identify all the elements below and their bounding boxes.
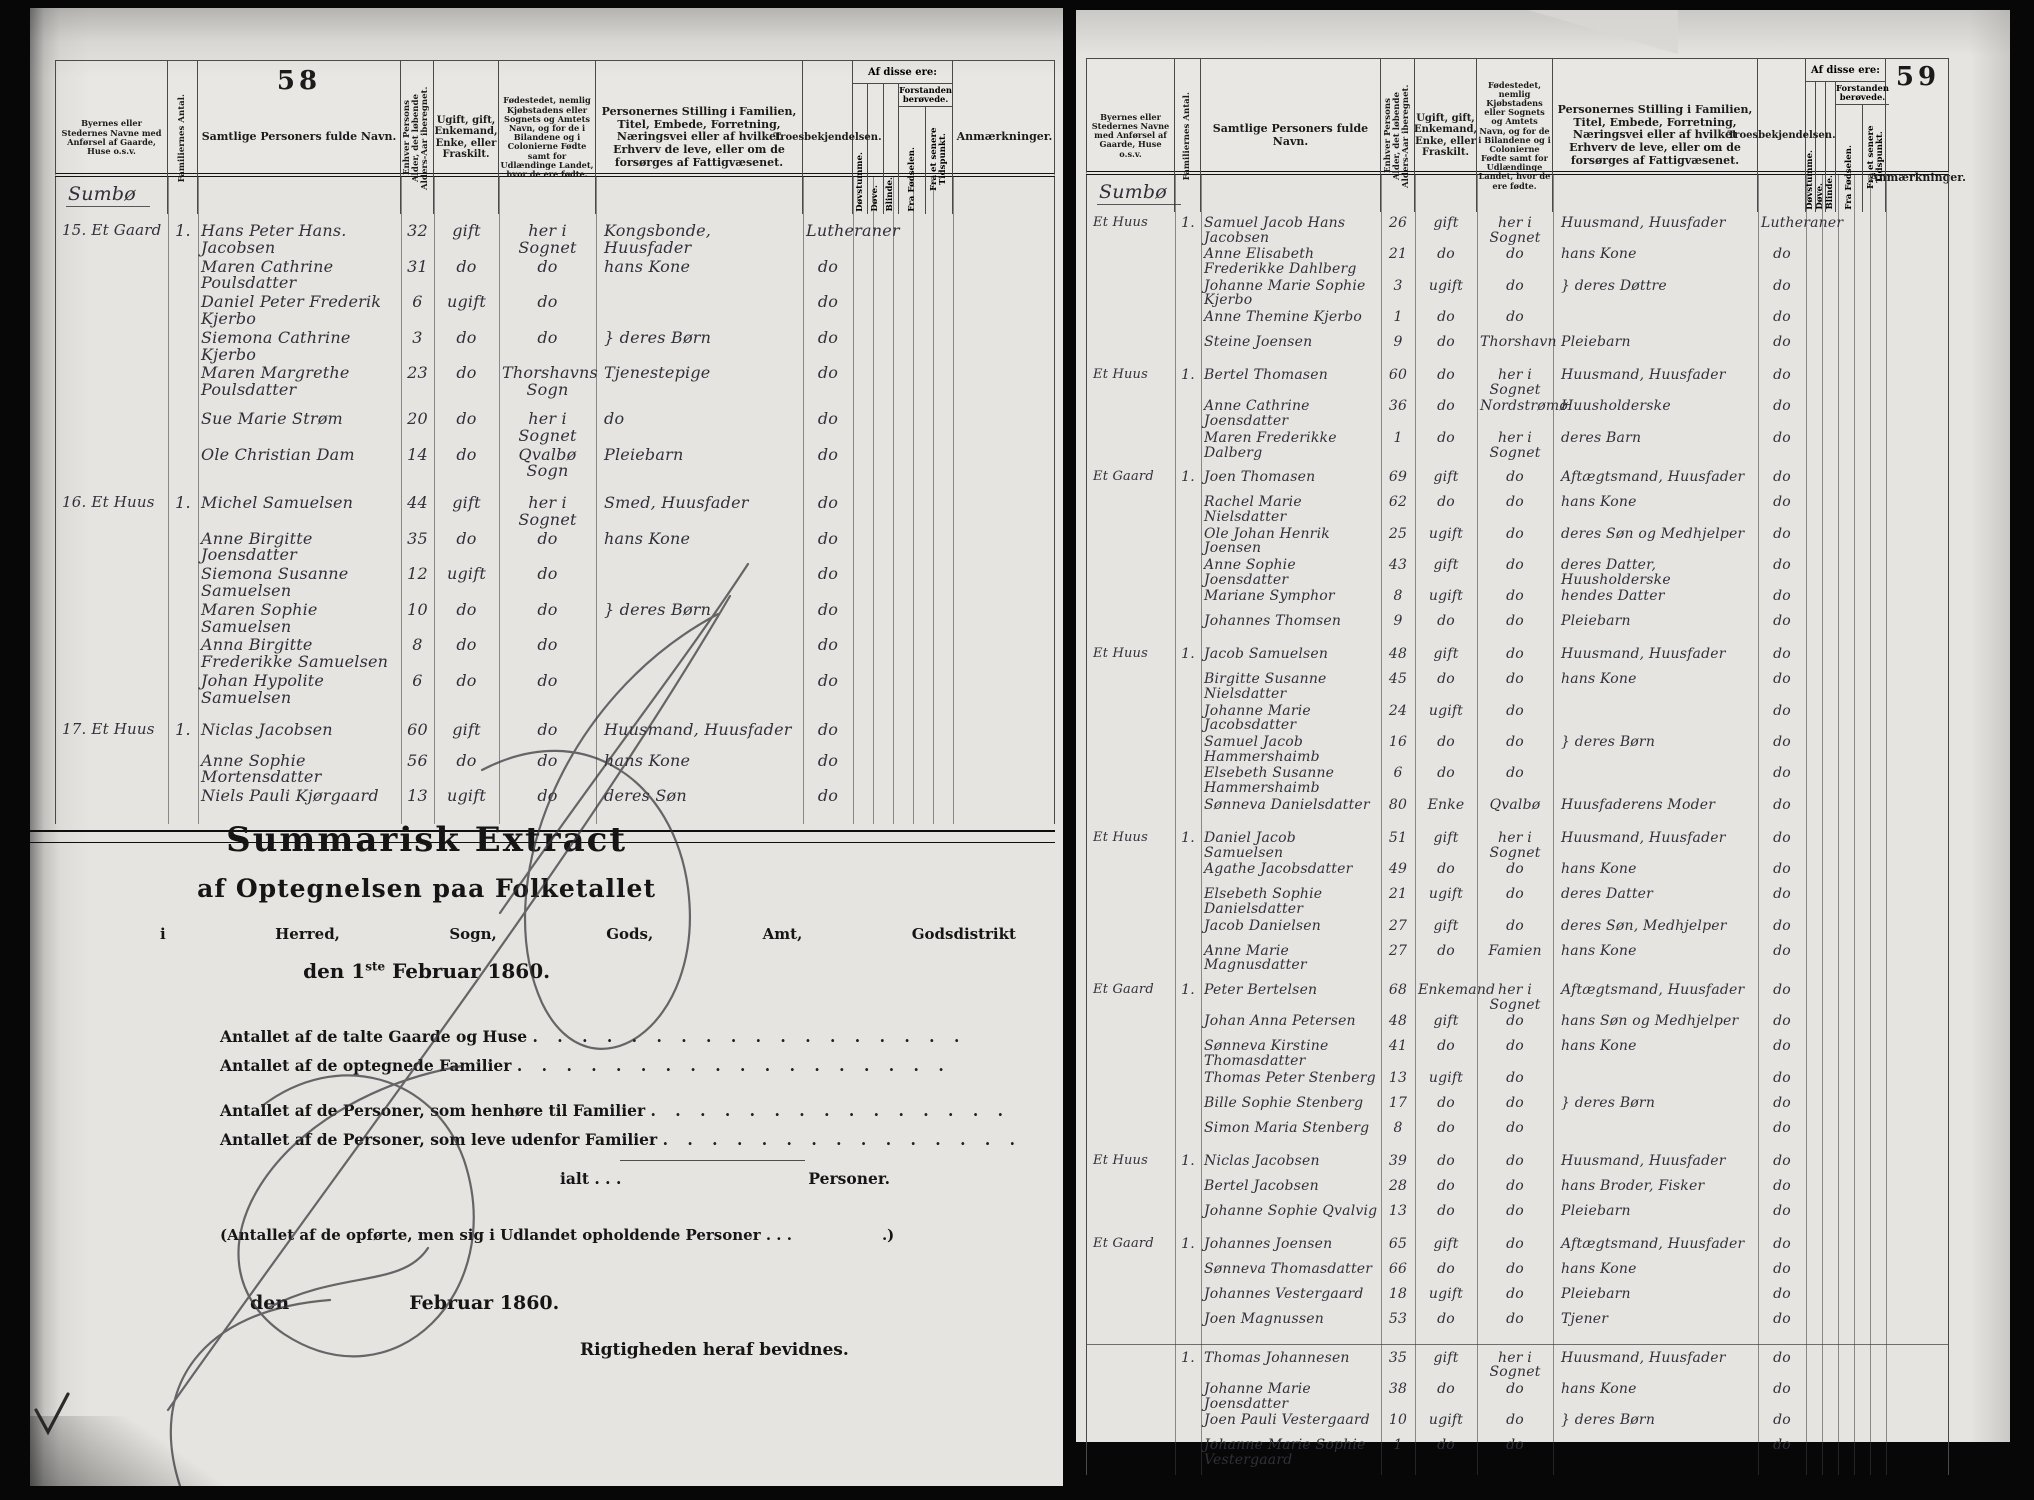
table-body-right: Sumbø Et Huus 1. Samuel Jacob Hans Jacob… bbox=[1086, 175, 1949, 1475]
cell-marital: do bbox=[434, 258, 499, 277]
cell-religion: do bbox=[803, 601, 853, 620]
extract-date-line: den 1ste Februar 1860. bbox=[160, 959, 693, 983]
cell-person-name: Johanne Sophie Qvalvig bbox=[1201, 1203, 1381, 1220]
cell-birthplace: do bbox=[499, 752, 596, 771]
cell-position: hans Kone bbox=[596, 258, 803, 277]
cell-birthplace: her i Sognet bbox=[499, 222, 596, 258]
cell-family-count bbox=[168, 601, 198, 603]
cell-marital: do bbox=[1415, 367, 1477, 384]
cell-position bbox=[596, 565, 803, 567]
cell-person-name: Anne Cathrine Joensdatter bbox=[1201, 398, 1381, 429]
cell-remarks bbox=[1886, 215, 1950, 217]
cell-birthplace: do bbox=[1477, 734, 1553, 751]
cell-person-name: Agathe Jacobsdatter bbox=[1201, 861, 1381, 878]
cell-birthplace: do bbox=[1477, 1311, 1553, 1328]
cell-family-count bbox=[1175, 334, 1201, 336]
census-row: Elsebeth Sophie Danielsdatter 21 ugift d… bbox=[1087, 886, 1948, 917]
cell-age: 24 bbox=[1381, 703, 1415, 720]
cell-age: 9 bbox=[1381, 334, 1415, 351]
cell-religion: do bbox=[1758, 765, 1806, 782]
cell-person-name: Birgitte Susanne Nielsdatter bbox=[1201, 671, 1381, 702]
cell-position: hans Kone bbox=[1553, 1381, 1758, 1398]
cell-person-name: Peter Bertelsen bbox=[1201, 982, 1381, 999]
cell-remarks bbox=[953, 293, 1056, 295]
cell-age: 16 bbox=[1381, 734, 1415, 751]
cell-remarks bbox=[953, 721, 1056, 723]
cell-of-these bbox=[1806, 765, 1886, 767]
cell-remarks bbox=[1886, 494, 1950, 496]
census-row: Jacob Danielsen 27 gift do deres Søn, Me… bbox=[1087, 918, 1948, 943]
cell-age: 3 bbox=[1381, 278, 1415, 295]
cell-family-count bbox=[1175, 886, 1201, 888]
census-row: Daniel Peter Frederik Kjerbo 6 ugift do … bbox=[56, 293, 1054, 329]
cell-remarks bbox=[953, 601, 1056, 603]
cell-remarks bbox=[1886, 398, 1950, 400]
cell-position: deres Søn, Medhjelper bbox=[1553, 918, 1758, 935]
cell-religion: do bbox=[1758, 1095, 1806, 1112]
cell-age: 45 bbox=[1381, 671, 1415, 688]
cell-of-these bbox=[853, 258, 953, 260]
cell-of-these bbox=[1806, 1153, 1886, 1155]
cell-marital: do bbox=[434, 672, 499, 691]
cell-birthplace: Famien bbox=[1477, 943, 1553, 960]
cell-of-these bbox=[1806, 1412, 1886, 1414]
cell-remarks bbox=[1886, 430, 1950, 432]
cell-family-count bbox=[1175, 703, 1201, 705]
census-row: 16. Et Huus 1. Michel Samuelsen 44 gift … bbox=[56, 494, 1054, 530]
cell-position: Smed, Huusfader bbox=[596, 494, 803, 513]
cell-marital: do bbox=[1415, 1203, 1477, 1220]
cell-religion: do bbox=[1758, 246, 1806, 263]
extract-count-houses: Antallet af de talte Gaarde og Huse bbox=[220, 1027, 1020, 1046]
cell-person-name: Steine Joensen bbox=[1201, 334, 1381, 351]
cell-birthplace: do bbox=[1477, 1120, 1553, 1137]
cell-family-count bbox=[168, 530, 198, 532]
cell-person-name: Joen Pauli Vestergaard bbox=[1201, 1412, 1381, 1429]
page-number-left: 58 bbox=[277, 67, 321, 97]
cell-family-count bbox=[1175, 861, 1201, 863]
cell-of-these bbox=[853, 364, 953, 366]
cell-of-these bbox=[1806, 1070, 1886, 1072]
census-row: Johannes Vestergaard 18 ugift do Pleieba… bbox=[1087, 1286, 1948, 1311]
cell-of-these bbox=[1806, 1203, 1886, 1205]
cell-marital: do bbox=[434, 601, 499, 620]
cell-position: Kongsbonde, Huusfader bbox=[596, 222, 803, 258]
cell-person-name: Daniel Peter Frederik Kjerbo bbox=[198, 293, 401, 329]
cell-marital: gift bbox=[1415, 918, 1477, 935]
cell-person-name: Maren Sophie Samuelsen bbox=[198, 601, 401, 637]
cell-position: hans Kone bbox=[1553, 1261, 1758, 1278]
cell-religion: do bbox=[1758, 1286, 1806, 1303]
cell-birthplace: her i Sognet bbox=[1477, 1350, 1553, 1381]
cell-family-count bbox=[168, 293, 198, 295]
cell-remarks bbox=[1886, 246, 1950, 248]
cell-person-name: Anne Birgitte Joensdatter bbox=[198, 530, 401, 566]
cell-family-count bbox=[168, 565, 198, 567]
cell-marital: do bbox=[1415, 398, 1477, 415]
cell-remarks bbox=[1886, 765, 1950, 767]
cell-remarks bbox=[1886, 1095, 1950, 1097]
census-row: Johan Hypolite Samuelsen 6 do do do bbox=[56, 672, 1054, 708]
cell-age: 66 bbox=[1381, 1261, 1415, 1278]
cell-place bbox=[56, 258, 168, 260]
cell-age: 25 bbox=[1381, 526, 1415, 543]
cell-age: 8 bbox=[1381, 588, 1415, 605]
cell-religion: do bbox=[1758, 1350, 1806, 1367]
census-row: Et Huus 1. Bertel Thomasen 60 do her i S… bbox=[1087, 367, 1948, 398]
cell-place: Et Huus bbox=[1087, 830, 1175, 846]
cell-birthplace: do bbox=[1477, 246, 1553, 263]
cell-person-name: Joen Thomasen bbox=[1201, 469, 1381, 486]
cell-birthplace: do bbox=[1477, 469, 1553, 486]
cell-family-count: 1. bbox=[1175, 1350, 1201, 1367]
cell-birthplace: do bbox=[499, 787, 596, 806]
cell-remarks bbox=[1886, 278, 1950, 280]
cell-person-name: Anne Elisabeth Frederikke Dahlberg bbox=[1201, 246, 1381, 277]
cell-age: 8 bbox=[1381, 1120, 1415, 1137]
cell-person-name: Elsebeth Sophie Danielsdatter bbox=[1201, 886, 1381, 917]
cell-position: hans Kone bbox=[1553, 861, 1758, 878]
cell-religion: do bbox=[1758, 861, 1806, 878]
cell-of-these bbox=[853, 721, 953, 723]
cell-place bbox=[1087, 734, 1175, 736]
census-row: Et Huus 1. Samuel Jacob Hans Jacobsen 26… bbox=[1087, 215, 1948, 246]
cell-family-count: 1. bbox=[1175, 1153, 1201, 1170]
cell-age: 10 bbox=[1381, 1412, 1415, 1429]
cell-age: 26 bbox=[1381, 215, 1415, 232]
cell-family-count bbox=[1175, 1013, 1201, 1015]
cell-of-these bbox=[1806, 1013, 1886, 1015]
cell-person-name: Sue Marie Strøm bbox=[198, 410, 401, 429]
cell-religion: do bbox=[1758, 398, 1806, 415]
cell-position: } deres Børn bbox=[596, 601, 803, 620]
cell-remarks bbox=[1886, 588, 1950, 590]
cell-age: 31 bbox=[401, 258, 434, 277]
cell-age: 80 bbox=[1381, 797, 1415, 814]
cell-family-count: 1. bbox=[168, 494, 198, 513]
cell-person-name: Maren Frederikke Dalberg bbox=[1201, 430, 1381, 461]
cell-of-these bbox=[1806, 1381, 1886, 1383]
cell-remarks bbox=[1886, 646, 1950, 648]
cell-person-name: Ole Johan Henrik Joensen bbox=[1201, 526, 1381, 557]
cell-person-name: Bille Sophie Stenberg bbox=[1201, 1095, 1381, 1112]
cell-remarks bbox=[1886, 1178, 1950, 1180]
cell-family-count: 1. bbox=[168, 222, 198, 241]
cell-remarks bbox=[953, 258, 1056, 260]
cell-person-name: Niels Pauli Kjørgaard bbox=[198, 787, 401, 806]
cell-marital: do bbox=[1415, 1120, 1477, 1137]
cell-marital: do bbox=[1415, 430, 1477, 447]
cell-age: 6 bbox=[1381, 765, 1415, 782]
cell-marital: do bbox=[1415, 1095, 1477, 1112]
cell-person-name: Johan Hypolite Samuelsen bbox=[198, 672, 401, 708]
cell-place: Et Huus bbox=[1087, 1153, 1175, 1169]
census-row: Et Huus 1. Jacob Samuelsen 48 gift do Hu… bbox=[1087, 646, 1948, 671]
cell-place bbox=[1087, 557, 1175, 559]
cell-religion: do bbox=[1758, 703, 1806, 720]
cell-place bbox=[1087, 246, 1175, 248]
census-table-right: Byernes eller Stedernes Navne med Anførs… bbox=[1086, 58, 1949, 1475]
cell-marital: ugift bbox=[1415, 1286, 1477, 1303]
cell-of-these bbox=[853, 222, 953, 224]
cell-religion: Lutheraner bbox=[1758, 215, 1806, 232]
cell-family-count bbox=[168, 636, 198, 638]
cell-birthplace: do bbox=[1477, 671, 1553, 688]
cell-of-these bbox=[1806, 613, 1886, 615]
cell-position bbox=[1553, 1070, 1758, 1072]
cell-position: } deres Børn bbox=[1553, 1095, 1758, 1112]
cell-remarks bbox=[1886, 1013, 1950, 1015]
cell-place bbox=[1087, 1412, 1175, 1414]
cell-family-count bbox=[1175, 613, 1201, 615]
cell-age: 13 bbox=[1381, 1203, 1415, 1220]
census-row: Sønneva Kirstine Thomasdatter 41 do do h… bbox=[1087, 1038, 1948, 1069]
cell-place bbox=[1087, 1311, 1175, 1313]
cell-of-these bbox=[853, 565, 953, 567]
cell-birthplace: Thorshavn bbox=[1477, 334, 1553, 351]
census-row: Sue Marie Strøm 20 do her i Sognet do do bbox=[56, 410, 1054, 446]
cell-religion: do bbox=[803, 787, 853, 806]
census-row: Mariane Symphor 8 ugift do hendes Datter… bbox=[1087, 588, 1948, 613]
cell-religion: do bbox=[803, 636, 853, 655]
cell-of-these bbox=[1806, 215, 1886, 217]
cell-age: 9 bbox=[1381, 613, 1415, 630]
census-row: Anne Birgitte Joensdatter 35 do do hans … bbox=[56, 530, 1054, 566]
cell-age: 10 bbox=[401, 601, 434, 620]
cell-birthplace: do bbox=[1477, 703, 1553, 720]
cell-marital: do bbox=[434, 446, 499, 465]
census-row: Anne Marie Magnusdatter 27 do Famien han… bbox=[1087, 943, 1948, 974]
cell-remarks bbox=[953, 787, 1056, 789]
cell-of-these bbox=[1806, 1437, 1886, 1439]
cell-marital: do bbox=[1415, 734, 1477, 751]
cell-place: Et Huus bbox=[1087, 215, 1175, 231]
scanned-census-spread: Byernes eller Stedernes Navne med Anførs… bbox=[0, 0, 2034, 1500]
cell-marital: ugift bbox=[1415, 703, 1477, 720]
cell-place bbox=[56, 636, 168, 638]
cell-marital: ugift bbox=[1415, 886, 1477, 903]
cell-position: hans Kone bbox=[1553, 494, 1758, 511]
cell-position bbox=[1553, 1437, 1758, 1439]
extract-count-in-families: Antallet af de Personer, som henhøre til… bbox=[220, 1101, 1020, 1120]
cell-birthplace: do bbox=[1477, 557, 1553, 574]
cell-birthplace: do bbox=[1477, 1381, 1553, 1398]
cell-religion: do bbox=[1758, 1412, 1806, 1429]
cell-place bbox=[1087, 334, 1175, 336]
cell-religion: do bbox=[1758, 797, 1806, 814]
cell-family-count bbox=[1175, 398, 1201, 400]
cell-remarks bbox=[1886, 1120, 1950, 1122]
cell-remarks bbox=[1886, 886, 1950, 888]
cell-remarks bbox=[1886, 309, 1950, 311]
cell-position: hans Kone bbox=[1553, 1038, 1758, 1055]
cell-birthplace: do bbox=[1477, 1178, 1553, 1195]
cell-family-count bbox=[168, 672, 198, 674]
cell-position: hans Kone bbox=[1553, 671, 1758, 688]
census-row: Johannes Thomsen 9 do do Pleiebarn do bbox=[1087, 613, 1948, 638]
cell-position: Huusfaderens Moder bbox=[1553, 797, 1758, 814]
cell-marital: do bbox=[1415, 1437, 1477, 1454]
cell-age: 6 bbox=[401, 293, 434, 312]
cell-family-count: 1. bbox=[1175, 215, 1201, 232]
cell-birthplace: do bbox=[1477, 1095, 1553, 1112]
cell-place bbox=[1087, 613, 1175, 615]
cell-religion: do bbox=[1758, 1178, 1806, 1195]
cell-family-count: 1. bbox=[1175, 469, 1201, 486]
cell-person-name: Thomas Johannesen bbox=[1201, 1350, 1381, 1367]
cell-place bbox=[56, 364, 168, 366]
cell-place bbox=[56, 410, 168, 412]
cell-remarks bbox=[953, 410, 1056, 412]
cell-religion: do bbox=[803, 752, 853, 771]
cell-birthplace: do bbox=[1477, 1013, 1553, 1030]
cell-birthplace: do bbox=[499, 293, 596, 312]
cell-family-count bbox=[1175, 588, 1201, 590]
cell-of-these bbox=[853, 446, 953, 448]
cell-religion: do bbox=[1758, 943, 1806, 960]
cell-age: 48 bbox=[1381, 646, 1415, 663]
cell-religion: do bbox=[1758, 1236, 1806, 1253]
cell-marital: do bbox=[1415, 334, 1477, 351]
cell-age: 32 bbox=[401, 222, 434, 241]
cell-of-these bbox=[1806, 526, 1886, 528]
cell-person-name: Bertel Thomasen bbox=[1201, 367, 1381, 384]
cell-position: Huusmand, Huusfader bbox=[1553, 1153, 1758, 1170]
cell-age: 49 bbox=[1381, 861, 1415, 878]
cell-religion: do bbox=[1758, 613, 1806, 630]
cell-of-these bbox=[1806, 469, 1886, 471]
cell-marital: do bbox=[1415, 613, 1477, 630]
cell-religion: do bbox=[803, 364, 853, 383]
cell-birthplace: do bbox=[1477, 1070, 1553, 1087]
cell-of-these bbox=[1806, 1178, 1886, 1180]
cell-family-count bbox=[1175, 1381, 1201, 1383]
cell-place bbox=[1087, 918, 1175, 920]
cell-person-name: Johan Anna Petersen bbox=[1201, 1013, 1381, 1030]
cell-place bbox=[56, 329, 168, 331]
cell-position: Pleiebarn bbox=[596, 446, 803, 465]
cell-person-name: Johannes Vestergaard bbox=[1201, 1286, 1381, 1303]
cell-of-these bbox=[1806, 1095, 1886, 1097]
cell-of-these bbox=[1806, 1261, 1886, 1263]
cell-remarks bbox=[953, 222, 1056, 224]
cell-person-name: Johannes Thomsen bbox=[1201, 613, 1381, 630]
cell-person-name: Maren Margrethe Poulsdatter bbox=[198, 364, 401, 400]
cell-of-these bbox=[1806, 246, 1886, 248]
cell-of-these bbox=[853, 787, 953, 789]
cell-position: hendes Datter bbox=[1553, 588, 1758, 605]
cell-religion: do bbox=[1758, 494, 1806, 511]
cell-marital: gift bbox=[1415, 1350, 1477, 1367]
census-rows-left: 15. Et Gaard 1. Hans Peter Hans. Jacobse… bbox=[56, 222, 1054, 818]
cell-religion: do bbox=[1758, 646, 1806, 663]
cell-of-these bbox=[1806, 494, 1886, 496]
cell-position: Pleiebarn bbox=[1553, 334, 1758, 351]
cell-age: 56 bbox=[401, 752, 434, 771]
cell-person-name: Johanne Marie Jacobsdatter bbox=[1201, 703, 1381, 734]
cell-place bbox=[1087, 1203, 1175, 1205]
cell-remarks bbox=[1886, 1236, 1950, 1238]
cell-age: 38 bbox=[1381, 1381, 1415, 1398]
cell-place bbox=[1087, 494, 1175, 496]
census-row: Anne Cathrine Joensdatter 36 do Nordstrø… bbox=[1087, 398, 1948, 429]
cell-person-name: Joen Magnussen bbox=[1201, 1311, 1381, 1328]
cell-family-count bbox=[168, 446, 198, 448]
cell-religion: do bbox=[1758, 1038, 1806, 1055]
cell-birthplace: do bbox=[1477, 765, 1553, 782]
cell-age: 51 bbox=[1381, 830, 1415, 847]
cell-family-count: 1. bbox=[168, 721, 198, 740]
cell-birthplace: do bbox=[1477, 1412, 1553, 1429]
cell-marital: do bbox=[1415, 246, 1477, 263]
cell-of-these bbox=[853, 530, 953, 532]
cell-remarks bbox=[1886, 557, 1950, 559]
cell-person-name: Johanne Marie Joensdatter bbox=[1201, 1381, 1381, 1412]
cell-birthplace: do bbox=[499, 672, 596, 691]
cell-marital: gift bbox=[434, 222, 499, 241]
cell-marital: do bbox=[1415, 1381, 1477, 1398]
cell-marital: do bbox=[1415, 765, 1477, 782]
extract-certify-line: Rigtigheden heraf bevidnes. bbox=[580, 1340, 1020, 1360]
cell-family-count bbox=[168, 752, 198, 754]
cell-remarks bbox=[953, 752, 1056, 754]
cell-birthplace: her i Sognet bbox=[1477, 367, 1553, 398]
cell-position: } deres Døttre bbox=[1553, 278, 1758, 295]
cell-remarks bbox=[1886, 1038, 1950, 1040]
cell-place bbox=[56, 565, 168, 567]
cell-age: 13 bbox=[401, 787, 434, 806]
cell-remarks bbox=[1886, 1437, 1950, 1439]
cell-marital: do bbox=[1415, 1178, 1477, 1195]
cell-position bbox=[1553, 309, 1758, 311]
cell-position: deres Søn og Medhjelper bbox=[1553, 526, 1758, 543]
cell-religion: do bbox=[1758, 588, 1806, 605]
cell-position: } deres Børn bbox=[596, 329, 803, 348]
cell-marital: do bbox=[434, 530, 499, 549]
cell-religion: do bbox=[1758, 1153, 1806, 1170]
cell-religion: do bbox=[1758, 526, 1806, 543]
cell-religion: do bbox=[803, 565, 853, 584]
census-row: Anne Sophie Joensdatter 43 gift do deres… bbox=[1087, 557, 1948, 588]
cell-remarks bbox=[1886, 797, 1950, 799]
cell-person-name: Anne Sophie Mortensdatter bbox=[198, 752, 401, 788]
cell-religion: do bbox=[803, 410, 853, 429]
census-row: Siemona Cathrine Kjerbo 3 do do } deres … bbox=[56, 329, 1054, 365]
table-body-left: Sumbø 15. Et Gaard 1. Hans Peter Hans. J… bbox=[55, 177, 1055, 824]
cell-person-name: Rachel Marie Nielsdatter bbox=[1201, 494, 1381, 525]
cell-position: Pleiebarn bbox=[1553, 1203, 1758, 1220]
cell-marital: do bbox=[434, 329, 499, 348]
cell-person-name: Bertel Jacobsen bbox=[1201, 1178, 1381, 1195]
cell-age: 21 bbox=[1381, 886, 1415, 903]
cell-place bbox=[1087, 886, 1175, 888]
cell-of-these bbox=[1806, 797, 1886, 799]
cell-place: 16. Et Huus bbox=[56, 494, 168, 512]
cell-position bbox=[596, 636, 803, 638]
cell-person-name: Niclas Jacobsen bbox=[198, 721, 401, 740]
cell-position: Aftægtsmand, Huusfader bbox=[1553, 469, 1758, 486]
cell-of-these bbox=[1806, 671, 1886, 673]
extract-total-line: ialt . . .Personer. bbox=[560, 1169, 890, 1188]
cell-religion: do bbox=[1758, 671, 1806, 688]
cell-remarks bbox=[1886, 1286, 1950, 1288]
cell-person-name: Johanne Marie Sophie Kjerbo bbox=[1201, 278, 1381, 309]
cell-person-name: Jacob Samuelsen bbox=[1201, 646, 1381, 663]
census-row: Bertel Jacobsen 28 do do hans Broder, Fi… bbox=[1087, 1178, 1948, 1203]
cell-position: deres Søn bbox=[596, 787, 803, 806]
cell-position: hans Broder, Fisker bbox=[1553, 1178, 1758, 1195]
cell-remarks bbox=[953, 565, 1056, 567]
